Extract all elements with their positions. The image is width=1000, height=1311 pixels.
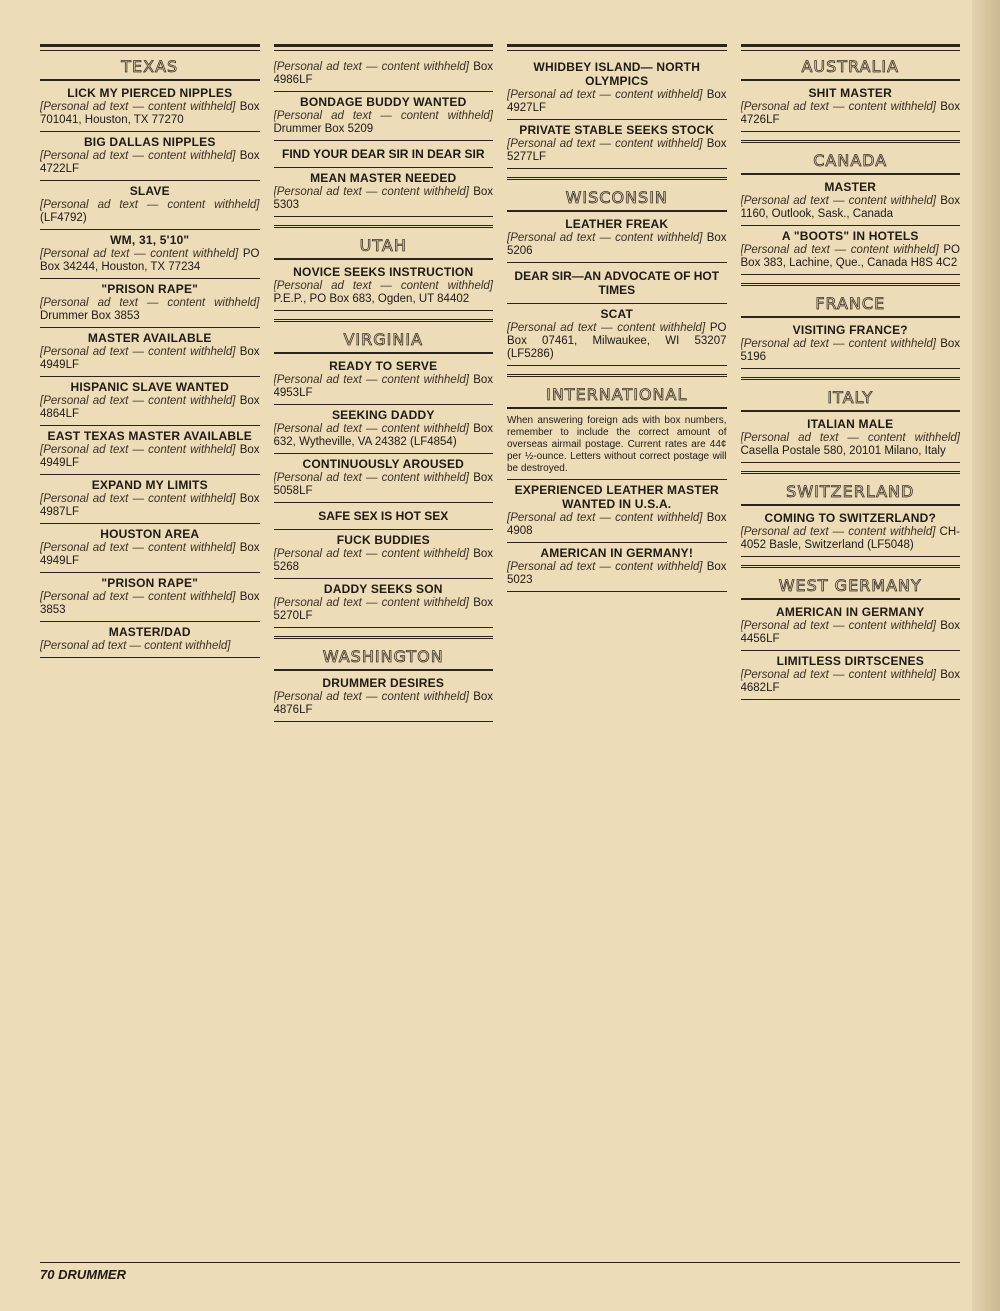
ad-headline: EXPAND MY LIMITS — [40, 478, 260, 492]
ad-body: [Personal ad text — content withheld] Bo… — [274, 61, 494, 87]
ad-body: [Personal ad text — content withheld] Bo… — [274, 691, 494, 717]
personal-ad: NOVICE SEEKS INSTRUCTION[Personal ad tex… — [274, 262, 494, 311]
personal-ad: MASTER[Personal ad text — content withhe… — [741, 177, 961, 226]
ad-headline: MASTER AVAILABLE — [40, 331, 260, 345]
ad-body: [Personal ad text — content withheld] CH… — [741, 526, 961, 552]
ad-body: [Personal ad text — content withheld] Ca… — [741, 432, 961, 458]
section-header: VIRGINIA — [274, 319, 494, 354]
ad-body: [Personal ad text — content withheld] PO… — [741, 244, 961, 270]
ad-headline: EAST TEXAS MASTER AVAILABLE — [40, 429, 260, 443]
column-4: AUSTRALIASHIT MASTER[Personal ad text — … — [741, 40, 961, 1260]
ad-body: [Personal ad text — content withheld] Bo… — [40, 542, 260, 568]
section-header: WISCONSIN — [507, 177, 727, 212]
publication-title: DRUMMER — [58, 1267, 126, 1282]
ad-body: [Personal ad text — content withheld] Bo… — [507, 561, 727, 587]
personal-ad: PRIVATE STABLE SEEKS STOCK[Personal ad t… — [507, 120, 727, 169]
personal-ad: BIG DALLAS NIPPLES[Personal ad text — co… — [40, 132, 260, 181]
personal-ad: WM, 31, 5'10"[Personal ad text — content… — [40, 230, 260, 279]
column-top-rule — [741, 44, 961, 51]
ad-headline: LEATHER FREAK — [507, 217, 727, 231]
ad-body: [Personal ad text — content withheld] (L… — [40, 199, 260, 225]
ad-headline: BIG DALLAS NIPPLES — [40, 135, 260, 149]
personal-ad: MEAN MASTER NEEDED[Personal ad text — co… — [274, 168, 494, 217]
ad-headline: LICK MY PIERCED NIPPLES — [40, 86, 260, 100]
ad-headline: COMING TO SWITZERLAND? — [741, 511, 961, 525]
personal-ad: COMING TO SWITZERLAND?[Personal ad text … — [741, 508, 961, 557]
ad-headline: DRUMMER DESIRES — [274, 676, 494, 690]
section-header: TEXAS — [40, 57, 260, 81]
column-1: TEXASLICK MY PIERCED NIPPLES[Personal ad… — [40, 40, 260, 1260]
ad-headline: PRIVATE STABLE SEEKS STOCK — [507, 123, 727, 137]
personal-ad: SLAVE[Personal ad text — content withhel… — [40, 181, 260, 230]
personal-ad: WHIDBEY ISLAND— NORTH OLYMPICS[Personal … — [507, 57, 727, 120]
ad-headline: DADDY SEEKS SON — [274, 582, 494, 596]
ad-headline: BONDAGE BUDDY WANTED — [274, 95, 494, 109]
ad-headline: READY TO SERVE — [274, 359, 494, 373]
ad-body: [Personal ad text — content withheld] Bo… — [274, 548, 494, 574]
section-header: FRANCE — [741, 283, 961, 318]
column-top-rule — [40, 44, 260, 51]
classifieds-page: TEXASLICK MY PIERCED NIPPLES[Personal ad… — [40, 40, 960, 1260]
personal-ad: LICK MY PIERCED NIPPLES[Personal ad text… — [40, 83, 260, 132]
personal-ad: AMERICAN IN GERMANY![Personal ad text — … — [507, 543, 727, 592]
ad-body: [Personal ad text — content withheld] Bo… — [40, 493, 260, 519]
personal-ad: [Personal ad text — content withheld] Bo… — [274, 57, 494, 92]
section-header: WEST GERMANY — [741, 565, 961, 600]
ad-body: [Personal ad text — content withheld] PO… — [507, 322, 727, 361]
ad-body: [Personal ad text — content withheld] Bo… — [274, 423, 494, 449]
ad-headline: SEEKING DADDY — [274, 408, 494, 422]
personal-ad: DRUMMER DESIRES[Personal ad text — conte… — [274, 673, 494, 722]
section-header: UTAH — [274, 225, 494, 260]
ad-body: [Personal ad text — content withheld] Bo… — [40, 591, 260, 617]
section-header: AUSTRALIA — [741, 57, 961, 81]
ad-body: [Personal ad text — content withheld] Bo… — [507, 232, 727, 258]
personal-ad: LIMITLESS DIRTSCENES[Personal ad text — … — [741, 651, 961, 700]
ad-body: [Personal ad text — content withheld] Dr… — [274, 110, 494, 136]
ad-headline: LIMITLESS DIRTSCENES — [741, 654, 961, 668]
ad-body: [Personal ad text — content withheld] Bo… — [274, 374, 494, 400]
ad-headline: ITALIAN MALE — [741, 417, 961, 431]
personal-ad: AMERICAN IN GERMANY[Personal ad text — c… — [741, 602, 961, 651]
column-top-rule — [507, 44, 727, 51]
page-number: 70 — [40, 1267, 54, 1282]
ad-headline: AMERICAN IN GERMANY! — [507, 546, 727, 560]
personal-ad: HISPANIC SLAVE WANTED[Personal ad text —… — [40, 377, 260, 426]
personal-ad: HOUSTON AREA[Personal ad text — content … — [40, 524, 260, 573]
ad-headline: MEAN MASTER NEEDED — [274, 171, 494, 185]
ad-body: [Personal ad text — content withheld] Dr… — [40, 297, 260, 323]
ad-headline: NOVICE SEEKS INSTRUCTION — [274, 265, 494, 279]
column-2: [Personal ad text — content withheld] Bo… — [274, 40, 494, 1260]
personal-ad: "PRISON RAPE"[Personal ad text — content… — [40, 573, 260, 622]
ad-headline: HISPANIC SLAVE WANTED — [40, 380, 260, 394]
promo-banner: FIND YOUR DEAR SIR IN DEAR SIR — [274, 141, 494, 168]
ad-body: [Personal ad text — content withheld] Bo… — [274, 472, 494, 498]
personal-ad: SCAT[Personal ad text — content withheld… — [507, 304, 727, 366]
personal-ad: DADDY SEEKS SON[Personal ad text — conte… — [274, 579, 494, 628]
ad-headline: MASTER — [741, 180, 961, 194]
ad-headline: EXPERIENCED LEATHER MASTER WANTED IN U.S… — [507, 483, 727, 511]
ad-headline: MASTER/DAD — [40, 625, 260, 639]
ad-box-number: Casella Postale 580, 20101 Milano, Italy — [741, 445, 946, 457]
ad-body: [Personal ad text — content withheld] Bo… — [741, 101, 961, 127]
ad-body: [Personal ad text — content withheld] Bo… — [40, 101, 260, 127]
personal-ad: EXPERIENCED LEATHER MASTER WANTED IN U.S… — [507, 480, 727, 543]
ad-headline: "PRISON RAPE" — [40, 282, 260, 296]
section-header: INTERNATIONAL — [507, 374, 727, 409]
ad-box-number: Drummer Box 3853 — [40, 310, 140, 322]
personal-ad: MASTER/DAD[Personal ad text — content wi… — [40, 622, 260, 658]
ad-body: [Personal ad text — content withheld] Bo… — [40, 395, 260, 421]
section-header: WASHINGTON — [274, 636, 494, 671]
section-header: SWITZERLAND — [741, 471, 961, 506]
ad-headline: AMERICAN IN GERMANY — [741, 605, 961, 619]
ad-body: [Personal ad text — content withheld] — [40, 640, 260, 653]
personal-ad: EAST TEXAS MASTER AVAILABLE[Personal ad … — [40, 426, 260, 475]
ad-headline: WM, 31, 5'10" — [40, 233, 260, 247]
ad-body: [Personal ad text — content withheld] Bo… — [274, 186, 494, 212]
personal-ad: VISITING FRANCE?[Personal ad text — cont… — [741, 320, 961, 369]
personal-ad: A "BOOTS" IN HOTELS[Personal ad text — c… — [741, 226, 961, 275]
ad-body: [Personal ad text — content withheld] Bo… — [507, 89, 727, 115]
column-top-rule — [274, 44, 494, 51]
section-header: ITALY — [741, 377, 961, 412]
page-spine-shadow — [972, 0, 1000, 1311]
personal-ad: SHIT MASTER[Personal ad text — content w… — [741, 83, 961, 132]
ad-body: [Personal ad text — content withheld] P.… — [274, 280, 494, 306]
ad-body: [Personal ad text — content withheld] Bo… — [741, 620, 961, 646]
ad-headline: A "BOOTS" IN HOTELS — [741, 229, 961, 243]
ad-box-number: Drummer Box 5209 — [274, 123, 374, 135]
ad-headline: SHIT MASTER — [741, 86, 961, 100]
personal-ad: "PRISON RAPE"[Personal ad text — content… — [40, 279, 260, 328]
column-3: WHIDBEY ISLAND— NORTH OLYMPICS[Personal … — [507, 40, 727, 1260]
ad-body: [Personal ad text — content withheld] Bo… — [741, 338, 961, 364]
ad-body: [Personal ad text — content withheld] Bo… — [507, 138, 727, 164]
ad-headline: FUCK BUDDIES — [274, 533, 494, 547]
personal-ad: MASTER AVAILABLE[Personal ad text — cont… — [40, 328, 260, 377]
personal-ad: SEEKING DADDY[Personal ad text — content… — [274, 405, 494, 454]
personal-ad: ITALIAN MALE[Personal ad text — content … — [741, 414, 961, 463]
ad-body: [Personal ad text — content withheld] Bo… — [40, 346, 260, 372]
ad-body: [Personal ad text — content withheld] Bo… — [40, 150, 260, 176]
ad-headline: "PRISON RAPE" — [40, 576, 260, 590]
promo-banner: SAFE SEX IS HOT SEX — [274, 503, 494, 530]
personal-ad: CONTINUOUSLY AROUSED[Personal ad text — … — [274, 454, 494, 503]
ad-headline: VISITING FRANCE? — [741, 323, 961, 337]
page-footer: 70 DRUMMER — [40, 1262, 960, 1282]
ad-box-number: P.E.P., PO Box 683, Ogden, UT 84402 — [274, 293, 470, 305]
postage-notice: When answering foreign ads with box numb… — [507, 411, 727, 480]
ad-body: [Personal ad text — content withheld] Bo… — [741, 195, 961, 221]
ad-headline: HOUSTON AREA — [40, 527, 260, 541]
promo-banner: DEAR SIR—AN ADVOCATE OF HOT TIMES — [507, 263, 727, 304]
ad-headline: CONTINUOUSLY AROUSED — [274, 457, 494, 471]
ad-body: [Personal ad text — content withheld] Bo… — [274, 597, 494, 623]
personal-ad: FUCK BUDDIES[Personal ad text — content … — [274, 530, 494, 579]
ad-headline: SCAT — [507, 307, 727, 321]
personal-ad: EXPAND MY LIMITS[Personal ad text — cont… — [40, 475, 260, 524]
ad-body: [Personal ad text — content withheld] Bo… — [741, 669, 961, 695]
personal-ad: READY TO SERVE[Personal ad text — conten… — [274, 356, 494, 405]
personal-ad: BONDAGE BUDDY WANTED[Personal ad text — … — [274, 92, 494, 141]
ad-body: [Personal ad text — content withheld] Bo… — [40, 444, 260, 470]
ad-headline: SLAVE — [40, 184, 260, 198]
section-header: CANADA — [741, 140, 961, 175]
ad-body: [Personal ad text — content withheld] Bo… — [507, 512, 727, 538]
ad-headline: WHIDBEY ISLAND— NORTH OLYMPICS — [507, 60, 727, 88]
ad-body: [Personal ad text — content withheld] PO… — [40, 248, 260, 274]
personal-ad: LEATHER FREAK[Personal ad text — content… — [507, 214, 727, 263]
ad-box-number: (LF4792) — [40, 212, 87, 224]
